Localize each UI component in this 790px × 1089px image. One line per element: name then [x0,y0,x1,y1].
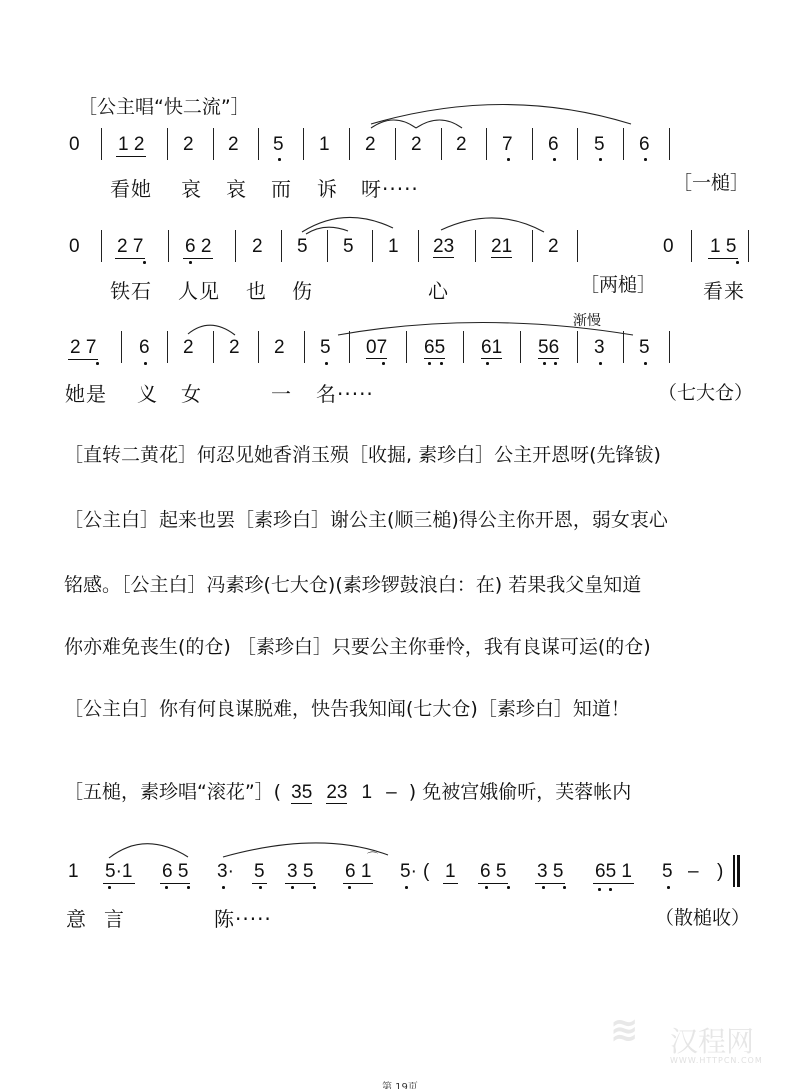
low-octave-dot [599,362,602,365]
note: 2 [183,338,194,358]
low-octave-dot [553,158,556,161]
barline [213,128,214,160]
barline [441,128,442,160]
note: 5 [594,135,605,155]
low-octave-dot [507,886,510,889]
barline [121,331,122,363]
barline [372,230,373,262]
note: 2 [548,237,559,257]
barline [748,230,749,262]
double-underline [594,883,616,884]
lyric: 她是 [65,378,107,407]
note: 5 [662,862,673,882]
barline [258,331,259,363]
barline [669,128,670,160]
note: 0 [69,135,80,155]
note: 5· [400,862,417,882]
lyric: 言 [104,903,125,932]
note: 6 1 [343,862,373,884]
lyric: 哀 [226,173,247,202]
low-octave-dot [736,261,739,264]
lyric: 一 [271,378,292,407]
note: 2 [228,135,239,155]
low-octave-dot [96,362,99,365]
barline [235,230,236,262]
barline [520,331,521,363]
dash: – [688,862,699,882]
final-barline [737,855,740,887]
header-suffix: 免被宫娥偷听，芙蓉帐内 [422,781,631,803]
note: 2 7 [115,237,145,259]
note: 23 [433,237,454,258]
barline [303,128,304,160]
paren: ) [717,862,723,882]
barline [577,230,578,262]
note: 6 [139,338,150,358]
note: 2 [229,338,240,358]
low-octave-dot [667,886,670,889]
note: 2 [411,135,422,155]
barline [577,331,578,363]
note: 56 [538,338,559,359]
lyric: 呀····· [361,173,419,202]
lyric: 意 [66,903,87,932]
note: 5 [639,338,650,358]
low-octave-dot [313,886,316,889]
low-octave-dot [554,362,557,365]
barline [101,230,102,262]
low-octave-dot [507,158,510,161]
note: 6 2 [183,237,213,259]
note: 5 [320,338,331,358]
note: 2 7 [68,338,98,360]
note: 6 5 [160,862,190,884]
low-octave-dot [543,362,546,365]
note: 2 [365,135,376,155]
note: 1 2 [116,135,146,157]
lyric: 心 [428,275,449,304]
lyric: 看她 [110,173,152,202]
lyric: 诉 [317,173,338,202]
note: 6 [639,135,650,155]
note: 3 5 [285,862,315,884]
note: 5 [343,237,354,257]
watermark-logo-icon: ≋ [610,1010,639,1050]
low-octave-dot [405,886,408,889]
low-octave-dot [189,261,192,264]
barline [349,128,350,160]
low-octave-dot [598,888,601,891]
prose-line: ［公主白］你有何良谋脱难，快告我知闻(七大仓)［素珍白］知道！ [64,694,630,721]
note: 23 [326,782,347,804]
low-octave-dot [108,886,111,889]
section-header: ［五槌，素珍唱“滚花”］( 35 23 1 – ) 免被宫娥偷听，芙蓉帐内 [64,777,631,804]
barline [532,128,533,160]
note: 0 [69,237,80,257]
lyric: 女 [181,378,202,407]
note: 65 [424,338,445,359]
barline [258,128,259,160]
final-barline [733,855,735,887]
low-octave-dot [609,888,612,891]
low-octave-dot [222,886,225,889]
note: 1 [319,135,330,155]
note: 2 [274,338,285,358]
barline [669,331,670,363]
prose-line: ［直转二黄花］何忍见她香消玉殒［收掘, 素珍白］公主开恩呀(先锋钹) [64,440,661,467]
low-octave-dot [187,886,190,889]
barline [475,230,476,262]
barline [623,331,624,363]
low-octave-dot [348,886,351,889]
low-octave-dot [325,362,328,365]
note: 07 [366,338,387,359]
barline [463,331,464,363]
low-octave-dot [428,362,431,365]
note: 1 5 [708,237,738,259]
low-octave-dot [563,886,566,889]
watermark-url: WWW.HTTPCN.COM [670,1056,763,1065]
barline [418,230,419,262]
low-octave-dot [644,158,647,161]
barline [281,230,282,262]
paren: ) [409,781,416,803]
page-number: 第 19页 [382,1078,418,1089]
low-octave-dot [259,886,262,889]
low-octave-dot [165,886,168,889]
lyric: 名····· [316,378,374,407]
tempo-mark: 渐慢 [573,310,601,330]
low-octave-dot [644,362,647,365]
note: 0 [663,237,674,257]
section-header: ［公主唱“快二流”］ [78,92,250,119]
paren: ( [423,862,429,882]
note: 1 [388,237,399,257]
note: 3 5 [535,862,565,884]
lyric: 伤 [292,275,313,304]
lyric: 人见 [178,275,220,304]
low-octave-dot [144,362,147,365]
barline [213,331,214,363]
barline [327,230,328,262]
barline [691,230,692,262]
prose-line: 铭感。［公主白］冯素珍(七大仓)(素珍锣鼓浪白：在) 若果我父皇知道 [64,570,641,597]
note: 2 [183,135,194,155]
note: 5 [273,135,284,155]
low-octave-dot [291,886,294,889]
percussion-cue: ［两槌］ [580,270,656,297]
note: 2 [252,237,263,257]
note: 21 [491,237,512,258]
barline [167,128,168,160]
lyric: 看来 [703,275,745,304]
barline [101,128,102,160]
note: 6 5 [478,862,508,884]
lyric: 义 [137,378,158,407]
barline [623,128,624,160]
lyric: 而 [271,173,292,202]
prose-line: ［公主白］起来也罢［素珍白］谢公主(顺三槌)得公主你开恩，弱女衷心 [64,505,668,532]
barline [486,128,487,160]
note: 1 [362,782,373,803]
fermata-icon: ⌒ [367,849,378,865]
lyric: 也 [246,275,267,304]
watermark-brand: 汉程网 [670,1020,754,1060]
double-underline [124,883,135,884]
note: 61 [481,338,502,359]
barline [349,331,350,363]
barline [168,230,169,262]
note: 5 [297,237,308,257]
note: 5·1 [103,862,134,884]
barline [395,128,396,160]
header-prefix: ［五槌，素珍唱“滚花”］( [64,781,281,803]
lyric: 陈····· [214,903,272,932]
note: 3· [217,862,234,882]
note: 6 [548,135,559,155]
lyric: 哀 [181,173,202,202]
prose-line: 你亦难免丧生(的仓) ［素珍白］只要公主你垂怜，我有良谋可运(的仓) [64,632,651,659]
barline [406,331,407,363]
percussion-cue: ［一槌］ [673,168,749,195]
barline [532,230,533,262]
low-octave-dot [440,362,443,365]
note: 5 [252,862,267,884]
low-octave-dot [599,158,602,161]
note: 65 1 [593,862,634,884]
barline [304,331,305,363]
barline [577,128,578,160]
barline [167,331,168,363]
percussion-cue: （散槌收） [655,903,750,930]
percussion-cue: （七大仓） [658,378,753,405]
low-octave-dot [382,362,385,365]
low-octave-dot [542,886,545,889]
dash: – [386,782,397,803]
note: 3 [594,338,605,358]
note: 1 [443,862,458,884]
low-octave-dot [143,261,146,264]
low-octave-dot [485,886,488,889]
note: 2 [456,135,467,155]
note: 35 [291,782,312,804]
note: 1 [68,862,79,882]
lyric: 铁石 [110,275,152,304]
low-octave-dot [486,362,489,365]
note: 7 [502,135,513,155]
low-octave-dot [278,158,281,161]
